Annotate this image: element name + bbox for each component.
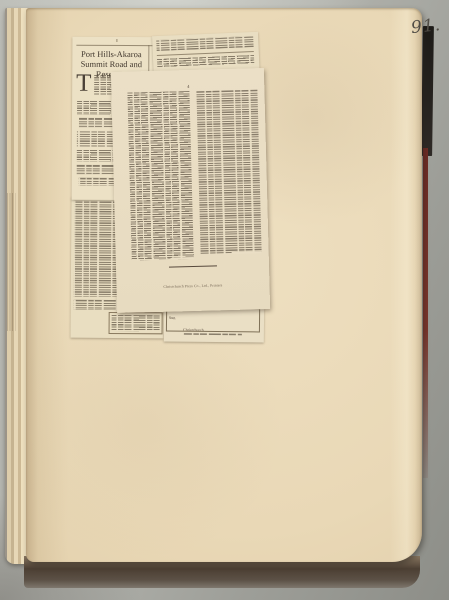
gutter-clipping-text — [7, 193, 16, 331]
newsprint-column — [74, 201, 119, 297]
boxed-note — [109, 312, 163, 334]
printer-imprint: Christchurch Press Co., Ltd., Printers — [163, 283, 222, 289]
boxed-note-text — [112, 315, 160, 331]
book-cover-edge-black — [421, 26, 434, 156]
newsprint-lines — [156, 36, 253, 51]
headline-line-1: Port Hills-Akaroa — [73, 49, 149, 59]
stamp-publication: Sun. — [169, 316, 176, 321]
handwritten-page-number: 91. — [410, 14, 449, 38]
clipping-galley-proof: 4 Christchurch Press Co., Ltd., Printers — [111, 68, 270, 313]
end-rule — [169, 265, 217, 267]
scrapbook-photo: 91. Port Hills-Akaroa Summit Road and Re… — [0, 0, 449, 600]
ragged-line-end — [172, 257, 194, 260]
column-rule-top — [76, 45, 162, 46]
caption-line — [184, 333, 242, 337]
galley-column-right — [196, 89, 261, 255]
print-mark — [116, 39, 117, 42]
imprint-wrap: Christchurch Press Co., Ltd., Printers — [116, 276, 269, 298]
scrapbook-page: 91. Port Hills-Akaroa Summit Road and Re… — [26, 8, 422, 562]
drop-cap: T — [76, 73, 91, 95]
ragged-line-end — [232, 251, 262, 254]
newsprint-lines — [157, 55, 254, 68]
galley-column-left — [127, 91, 193, 261]
book-cover-edge-red — [423, 148, 428, 478]
galley-folio-number: 4 — [187, 84, 189, 89]
